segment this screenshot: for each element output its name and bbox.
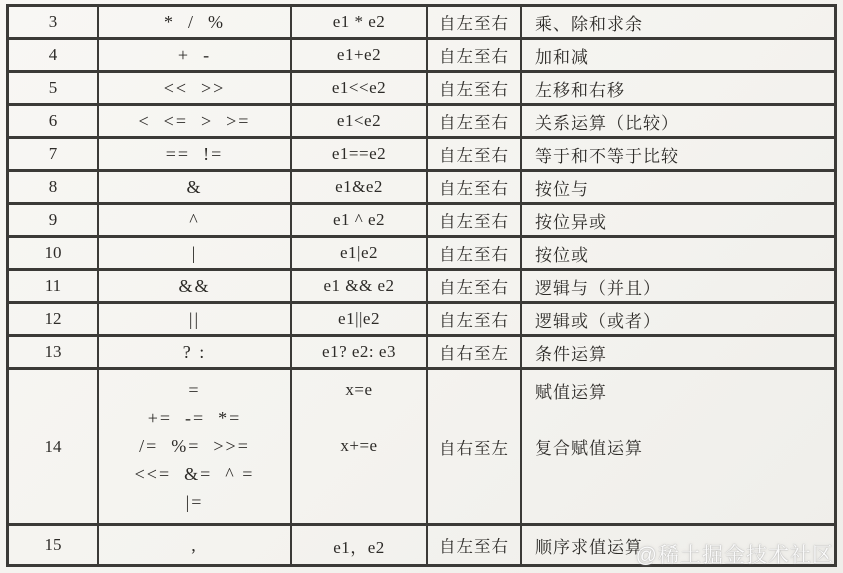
operators-cell: =+= -= *=/= %= >>=<<= &= ^ =|=: [99, 370, 292, 523]
priority-cell: 15: [9, 526, 99, 564]
example-cell: e1<<e2: [292, 73, 428, 103]
table-row: 11&&e1 && e2自左至右逻辑与（并且）: [9, 271, 834, 304]
priority-cell: 6: [9, 106, 99, 136]
associativity-cell: 自左至右: [428, 40, 522, 70]
description-cell: 左移和右移: [522, 73, 834, 103]
associativity-cell: 自左至右: [428, 7, 522, 37]
example-cell-line: x=e: [345, 378, 372, 402]
example-cell: e1|e2: [292, 238, 428, 268]
priority-cell: 14: [9, 370, 99, 523]
operators-cell: << >>: [99, 73, 292, 103]
table-row: 3* / %e1 * e2自左至右乘、除和求余: [9, 7, 834, 40]
priority-cell: 12: [9, 304, 99, 334]
associativity-cell: 自左至右: [428, 172, 522, 202]
description-cell: 赋值运算复合赋值运算: [522, 370, 834, 523]
description-cell: 按位异或: [522, 205, 834, 235]
table-row: 9^e1 ^ e2自左至右按位异或: [9, 205, 834, 238]
associativity-cell: 自左至右: [428, 106, 522, 136]
operators-cell: == !=: [99, 139, 292, 169]
watermark: @稀土掘金技术社区: [636, 539, 834, 569]
description-cell: 按位或: [522, 238, 834, 268]
associativity-cell: 自左至右: [428, 73, 522, 103]
associativity-cell: 自左至右: [428, 271, 522, 301]
operators-cell: ^: [99, 205, 292, 235]
description-cell: 乘、除和求余: [522, 7, 834, 37]
priority-cell: 5: [9, 73, 99, 103]
operators-cell: ? :: [99, 337, 292, 367]
priority-cell: 13: [9, 337, 99, 367]
table-row: 4+ -e1+e2自左至右加和减: [9, 40, 834, 73]
example-cell: e1? e2: e3: [292, 337, 428, 367]
priority-cell: 9: [9, 205, 99, 235]
associativity-cell: 自左至右: [428, 526, 522, 564]
operators-cell: + -: [99, 40, 292, 70]
operators-cell-line: += -= *=: [148, 406, 242, 430]
operators-cell-line: |=: [186, 491, 204, 515]
operators-cell: < <= > >=: [99, 106, 292, 136]
example-cell: e1+e2: [292, 40, 428, 70]
description-cell: 关系运算（比较）: [522, 106, 834, 136]
description-cell: 逻辑或（或者）: [522, 304, 834, 334]
table-row: 8&e1&e2自左至右按位与: [9, 172, 834, 205]
table-row: 13? :e1? e2: e3自右至左条件运算: [9, 337, 834, 370]
operators-cell: &&: [99, 271, 292, 301]
description-cell-line: 赋值运算: [535, 378, 607, 403]
scanned-document-page: 3* / %e1 * e2自左至右乘、除和求余4+ -e1+e2自左至右加和减5…: [0, 0, 843, 573]
priority-cell: 4: [9, 40, 99, 70]
associativity-cell: 自左至右: [428, 205, 522, 235]
operators-cell: ||: [99, 304, 292, 334]
example-cell: e1<e2: [292, 106, 428, 136]
priority-cell: 10: [9, 238, 99, 268]
example-cell: e1&e2: [292, 172, 428, 202]
description-cell: 逻辑与（并且）: [522, 271, 834, 301]
associativity-cell: 自左至右: [428, 304, 522, 334]
priority-cell: 8: [9, 172, 99, 202]
priority-cell: 7: [9, 139, 99, 169]
operators-cell-line: <<= &= ^ =: [135, 463, 255, 487]
operator-precedence-table: 3* / %e1 * e2自左至右乘、除和求余4+ -e1+e2自左至右加和减5…: [6, 4, 837, 567]
table-row: 7== !=e1==e2自左至右等于和不等于比较: [9, 139, 834, 172]
example-cell: e1，e2: [292, 526, 428, 564]
associativity-cell: 自左至右: [428, 139, 522, 169]
operators-cell: * / %: [99, 7, 292, 37]
description-cell-line: 复合赋值运算: [535, 434, 643, 459]
description-cell: 等于和不等于比较: [522, 139, 834, 169]
operators-cell-line: =: [188, 378, 200, 402]
example-cell: x=ex+=e: [292, 370, 428, 523]
table-row: 10|e1|e2自左至右按位或: [9, 238, 834, 271]
description-cell: 条件运算: [522, 337, 834, 367]
table-row: 5<< >>e1<<e2自左至右左移和右移: [9, 73, 834, 106]
associativity-cell: 自右至左: [428, 370, 522, 523]
example-cell: e1 ^ e2: [292, 205, 428, 235]
operators-cell: &: [99, 172, 292, 202]
example-cell: e1 && e2: [292, 271, 428, 301]
associativity-cell: 自右至左: [428, 337, 522, 367]
example-cell: e1==e2: [292, 139, 428, 169]
example-cell: e1 * e2: [292, 7, 428, 37]
description-cell: 按位与: [522, 172, 834, 202]
table-row: 14=+= -= *=/= %= >>=<<= &= ^ =|=x=ex+=e自…: [9, 370, 834, 526]
example-cell: e1||e2: [292, 304, 428, 334]
priority-cell: 11: [9, 271, 99, 301]
operators-cell: |: [99, 238, 292, 268]
priority-cell: 3: [9, 7, 99, 37]
table-row: 6< <= > >=e1<e2自左至右关系运算（比较）: [9, 106, 834, 139]
table-row: 12||e1||e2自左至右逻辑或（或者）: [9, 304, 834, 337]
operators-cell: ,: [99, 526, 292, 564]
associativity-cell: 自左至右: [428, 238, 522, 268]
operators-cell-line: /= %= >>=: [139, 434, 250, 458]
description-cell: 加和减: [522, 40, 834, 70]
example-cell-line: x+=e: [340, 434, 377, 458]
